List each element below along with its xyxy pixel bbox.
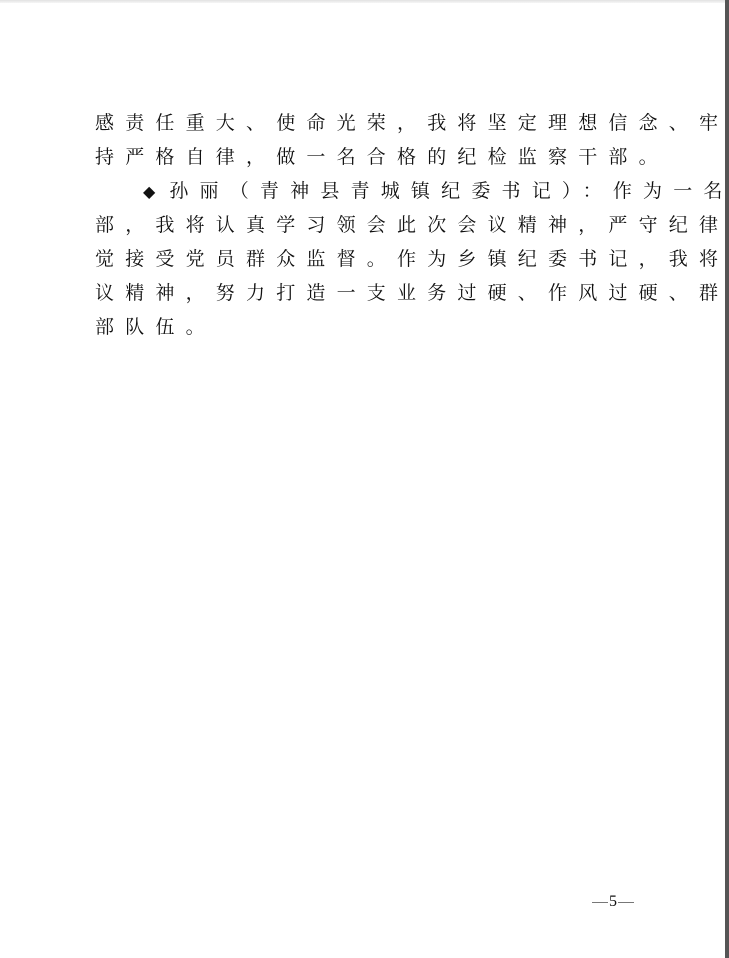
text-line: 感责任重大、使命光荣，我将坚定理想信念、牢记使命职责、坚: [95, 106, 641, 140]
vertical-scrollbar[interactable]: [725, 0, 729, 958]
page-number: 5: [592, 893, 634, 911]
page-top-edge: [0, 0, 726, 3]
page-number-value: 5: [609, 893, 617, 911]
text-line: 部，我将认真学习领会此次会议精神，严守纪律，亮出身份，自: [95, 208, 641, 242]
diamond-bullet-icon: ◆: [143, 182, 155, 201]
text-line-content: 孙丽（青神县青城镇纪委书记）：作为一名基层纪检干: [169, 180, 729, 202]
paragraph-1: 感责任重大、使命光荣，我将坚定理想信念、牢记使命职责、坚 持严格自律，做一名合格…: [95, 106, 641, 174]
dash-left: [592, 902, 608, 903]
paragraph-2: ◆孙丽（青神县青城镇纪委书记）：作为一名基层纪检干 部，我将认真学习领会此次会议…: [95, 174, 641, 344]
text-line: ◆孙丽（青神县青城镇纪委书记）：作为一名基层纪检干: [95, 174, 641, 208]
text-line: 觉接受党员群众监督。作为乡镇纪委书记，我将认真传达贯彻会: [95, 242, 641, 276]
text-line: 部队伍。: [95, 310, 641, 344]
dash-right: [618, 902, 634, 903]
text-line: 持严格自律，做一名合格的纪检监察干部。: [95, 140, 641, 174]
document-page: 感责任重大、使命光荣，我将坚定理想信念、牢记使命职责、坚 持严格自律，做一名合格…: [95, 106, 641, 344]
text-line: 议精神，努力打造一支业务过硬、作风过硬、群众满意的纪检干: [95, 276, 641, 310]
